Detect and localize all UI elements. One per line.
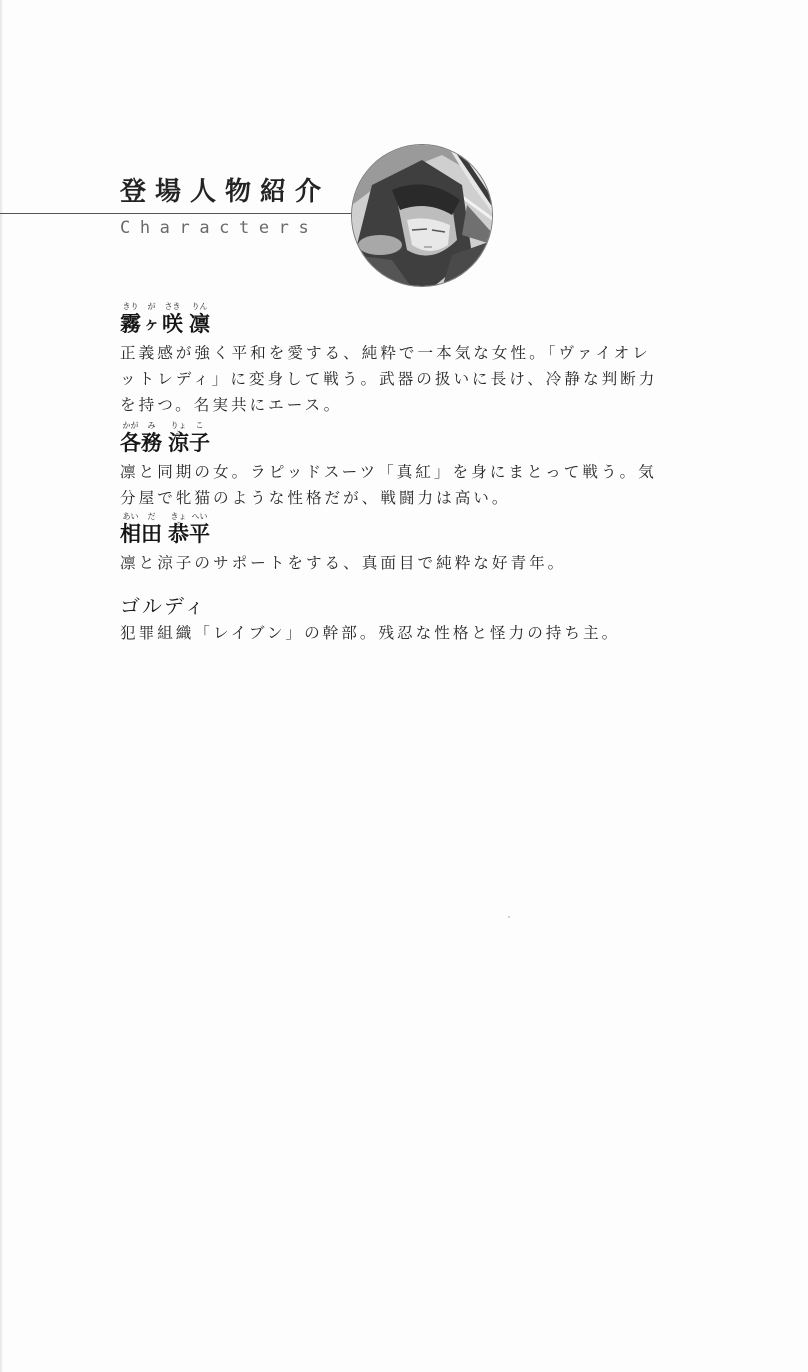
ruby-text: が: [141, 302, 162, 312]
character-entry-gorudi: ゴルディ 犯罪組織「レイブン」の幹部。残忍な性格と怪力の持ち主。: [120, 594, 660, 646]
character-portrait: [351, 144, 493, 287]
name-char: 各: [120, 431, 141, 455]
name-char: 務: [141, 431, 162, 455]
character-description: 凛と涼子のサポートをする、真面目で純粋な好青年。: [120, 550, 660, 576]
page-subtitle: Characters: [120, 217, 318, 239]
character-description: 凛と同期の女。ラピッドスーツ「真紅」を身にまとって戦う。気分屋で牝猫のような性格…: [120, 459, 660, 511]
name-char: 子: [189, 431, 210, 455]
character-name-block: きり が さき りん 霧 ヶ 咲 凛: [120, 302, 660, 336]
name-char: 恭: [168, 522, 189, 546]
page-edge: [0, 0, 3, 1372]
portrait-illustration-icon: [352, 145, 493, 287]
character-entry-kirigasaki-rin: きり が さき りん 霧 ヶ 咲 凛 正義感が強く平和を愛する、純粋で一本気な女…: [120, 302, 660, 418]
character-name: 各 務 涼 子: [120, 431, 660, 455]
name-char: 霧: [120, 312, 141, 336]
page-title: 登場人物紹介: [120, 176, 330, 208]
name-char: 平: [189, 522, 210, 546]
character-name: 相 田 恭 平: [120, 522, 660, 546]
character-description: 正義感が強く平和を愛する、純粋で一本気な女性。「ヴァイオレットレディ」に変身して…: [120, 340, 660, 418]
name-char: ヶ: [141, 312, 162, 336]
name-char: 田: [141, 522, 162, 546]
name-char: 咲: [162, 312, 183, 336]
title-rule: [0, 213, 356, 214]
character-entry-kagami-ryoko: かが み りょう こ 各 務 涼 子 凛と同期の女。ラピッドスーツ「真紅」を身に…: [120, 421, 660, 511]
scan-speck: [508, 916, 510, 918]
name-char: 相: [120, 522, 141, 546]
character-entry-aida-kyohei: あい だ きょう へい 相 田 恭 平 凛と涼子のサポートをする、真面目で純粋な…: [120, 512, 660, 576]
character-name: ゴルディ: [120, 594, 660, 618]
name-char: 涼: [168, 431, 189, 455]
name-char: 凛: [189, 312, 210, 336]
character-name-block: かが み りょう こ 各 務 涼 子: [120, 421, 660, 455]
character-name-block: あい だ きょう へい 相 田 恭 平: [120, 512, 660, 546]
character-name: 霧 ヶ 咲 凛: [120, 312, 660, 336]
character-description: 犯罪組織「レイブン」の幹部。残忍な性格と怪力の持ち主。: [120, 620, 660, 646]
